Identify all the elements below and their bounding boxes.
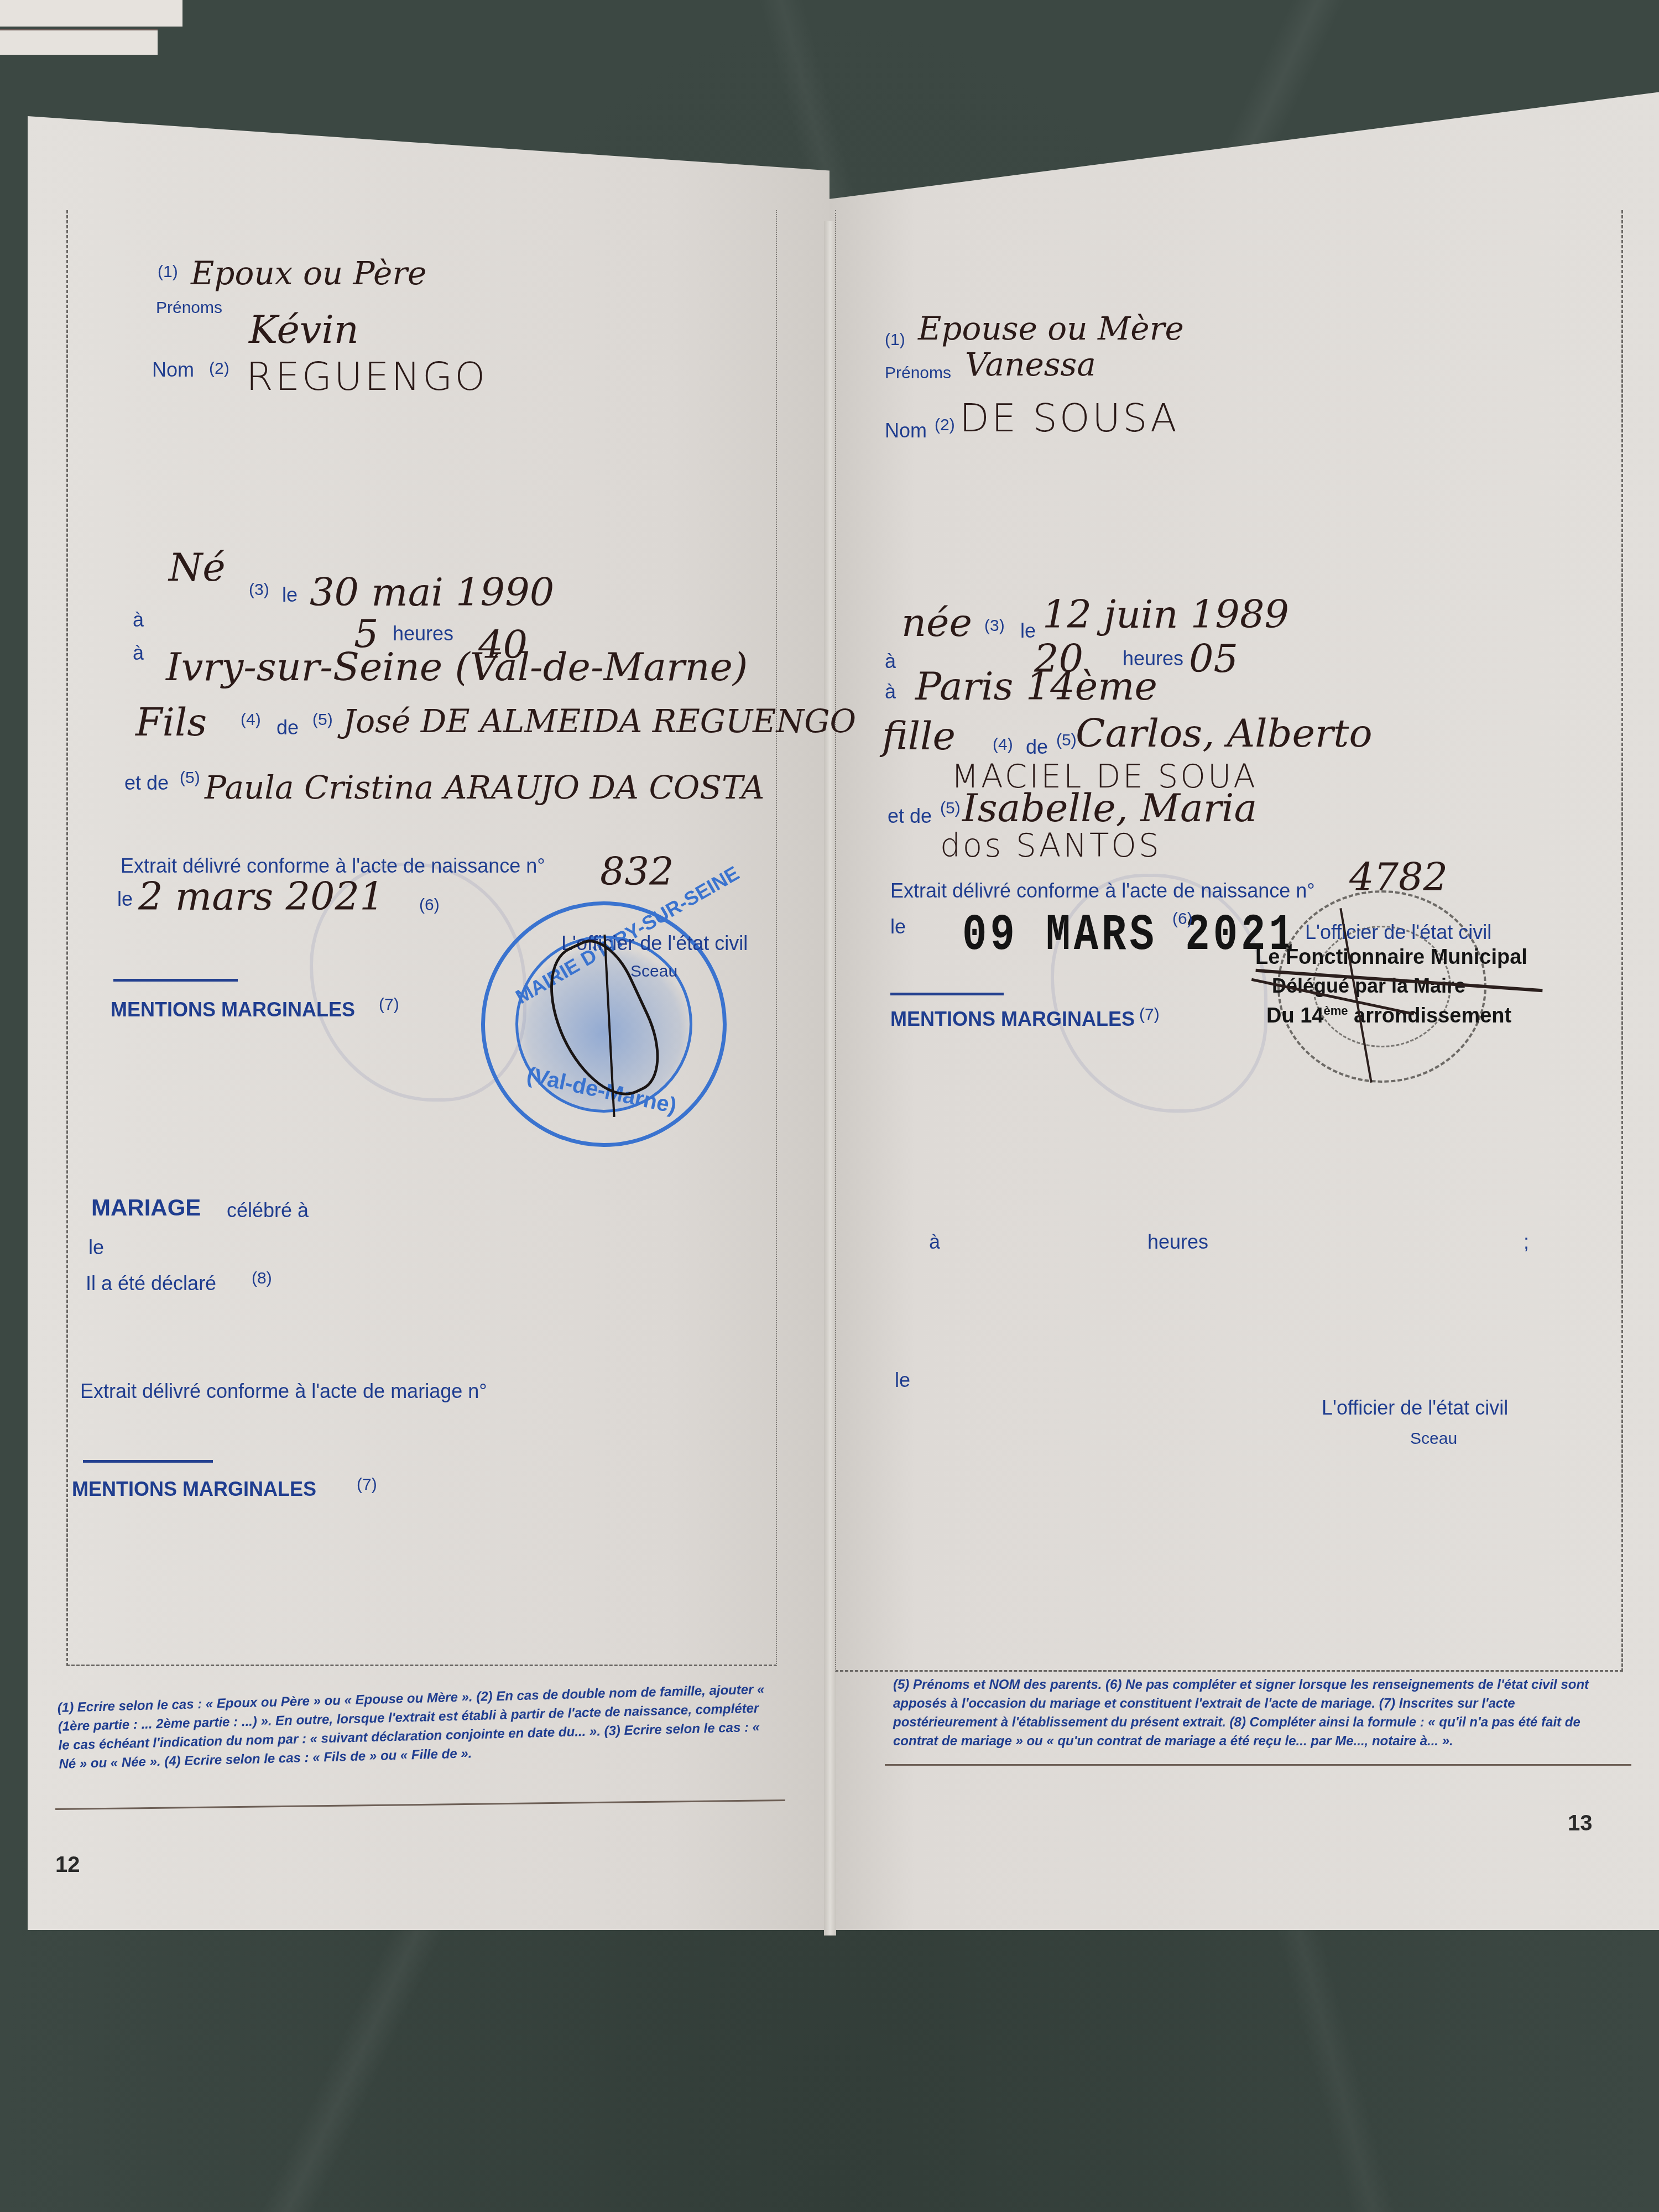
at-label: à xyxy=(133,641,144,665)
section-rule xyxy=(83,1460,213,1463)
birth-place-value: Ivry-sur-Seine (Val-de-Marne) xyxy=(166,644,748,690)
marriage-at-label: à xyxy=(929,1230,940,1254)
marriage-on-label: le xyxy=(88,1236,104,1259)
marriage-marginal-label: MENTIONS MARGINALES xyxy=(72,1478,316,1501)
at-label: à xyxy=(885,680,896,703)
last-name-value: REGUENGO xyxy=(246,354,487,399)
stacked-paper-corner xyxy=(0,29,158,55)
marginal-mentions-note: (7) xyxy=(1139,1005,1160,1024)
child-of-note: (4) xyxy=(241,711,261,729)
marriage-hours-label: heures xyxy=(1147,1230,1208,1254)
child-of-value: Fils xyxy=(135,700,207,745)
birth-extract-label: Extrait délivré conforme à l'acte de nai… xyxy=(890,879,1315,902)
issue-note: (6) xyxy=(1172,910,1193,928)
section-rule xyxy=(890,993,1004,995)
issue-on-label: le xyxy=(890,915,906,938)
and-of-label: et de xyxy=(888,805,932,828)
child-of-note: (4) xyxy=(993,735,1013,754)
birth-extract-number: 832 xyxy=(600,849,674,894)
mother-value: Paula Cristina ARAUJO DA COSTA xyxy=(205,769,764,806)
parent-note: (5) xyxy=(1056,731,1077,750)
marginal-mentions-note: (7) xyxy=(379,995,399,1014)
at-label: à xyxy=(133,608,144,632)
marriage-on-label: le xyxy=(895,1369,910,1392)
seal-label: Sceau xyxy=(630,962,677,981)
issue-note: (6) xyxy=(419,896,440,915)
page-number-right: 13 xyxy=(1568,1811,1593,1836)
of-label: de xyxy=(1026,735,1048,759)
birth-minute-value: 05 xyxy=(1189,636,1238,681)
last-name-value: DE SOUSA xyxy=(959,395,1179,441)
mother-first-names-value: Isabelle, Maria xyxy=(962,785,1257,831)
marginal-mentions-label: MENTIONS MARGINALES xyxy=(111,998,355,1021)
spouse-heading-note: (1) xyxy=(885,331,905,349)
birth-date-value: 12 juin 1989 xyxy=(1042,592,1289,637)
parent-note: (5) xyxy=(180,769,200,787)
last-name-note: (2) xyxy=(209,359,229,378)
born-note: (3) xyxy=(984,617,1005,635)
officer-label: L'officier de l'état civil xyxy=(1305,921,1491,944)
district-suffix: ème xyxy=(1323,1004,1348,1018)
of-label: de xyxy=(276,716,299,739)
right-footnotes: (5) Prénoms et NOM des parents. (6) Ne p… xyxy=(893,1676,1612,1751)
marriage-seal-label: Sceau xyxy=(1410,1430,1457,1448)
birth-place-value: Paris 14ème xyxy=(915,664,1157,709)
declared-label: Il a été déclaré xyxy=(86,1272,216,1295)
parent-note: (5) xyxy=(940,799,961,818)
last-name-label: Nom xyxy=(885,419,927,442)
marriage-extract-label: Extrait délivré conforme à l'acte de mar… xyxy=(80,1380,487,1403)
born-value: née xyxy=(901,600,972,645)
marriage-marginal-note: (7) xyxy=(357,1475,377,1494)
district-prefix: Du 14 xyxy=(1266,1004,1323,1027)
born-note: (3) xyxy=(249,581,269,599)
marriage-celebrated-label: célébré à xyxy=(227,1199,309,1222)
footnote-divider xyxy=(885,1764,1631,1766)
at-label: à xyxy=(885,650,896,673)
hours-label: heures xyxy=(393,622,453,645)
marriage-label: MARIAGE xyxy=(91,1194,201,1221)
issue-date-value: 2 mars 2021 xyxy=(138,874,384,919)
last-name-note: (2) xyxy=(935,416,955,435)
page-number-left: 12 xyxy=(55,1853,80,1877)
section-rule xyxy=(113,979,238,982)
booklet-spine xyxy=(824,221,836,1936)
first-names-label: Prénoms xyxy=(885,364,951,383)
first-names-value: Kévin xyxy=(249,307,359,352)
marginal-mentions-label: MENTIONS MARGINALES xyxy=(890,1008,1135,1031)
spouse-heading-note: (1) xyxy=(158,263,178,281)
father-first-names-value: Carlos, Alberto xyxy=(1076,711,1373,756)
stacked-paper-corner xyxy=(0,0,182,27)
stamp-officer-title: Le Fonctionnaire Municipal xyxy=(1255,946,1527,969)
father-value: José DE ALMEIDA REGUENGO xyxy=(343,702,856,740)
marriage-officer-label: L'officier de l'état civil xyxy=(1322,1396,1508,1420)
first-names-label: Prénoms xyxy=(156,299,222,317)
first-names-value: Vanessa xyxy=(965,346,1096,383)
born-value: Né xyxy=(169,545,226,590)
birth-on-label: le xyxy=(1020,619,1036,643)
issue-on-label: le xyxy=(117,888,133,911)
last-name-label: Nom xyxy=(152,358,194,382)
marriage-semicolon: ; xyxy=(1524,1230,1529,1254)
spouse-heading-value: Epoux ou Père xyxy=(191,254,426,292)
spouse-heading-value: Epouse ou Mère xyxy=(918,310,1184,347)
parent-note: (5) xyxy=(312,711,333,729)
birth-date-value: 30 mai 1990 xyxy=(310,570,554,615)
mother-last-name-value: dos SANTOS xyxy=(940,827,1161,864)
declared-note: (8) xyxy=(252,1269,272,1288)
child-of-value: fille xyxy=(882,713,956,759)
issue-date-stamp: 09 MARS 2021 xyxy=(962,907,1297,965)
birth-on-label: le xyxy=(282,583,298,607)
and-of-label: et de xyxy=(124,771,169,795)
